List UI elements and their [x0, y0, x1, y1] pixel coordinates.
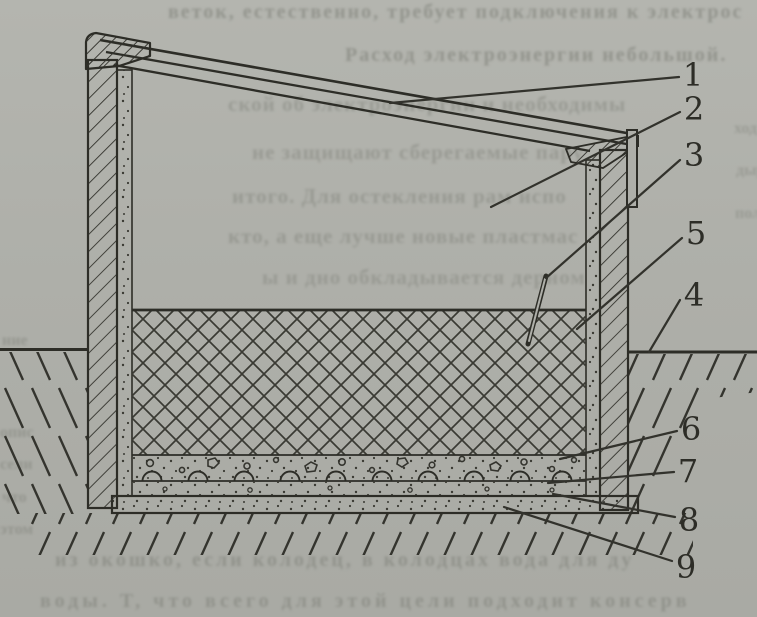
- callout-number-9: 9: [676, 548, 696, 586]
- soil-crosshatch: [132, 310, 586, 455]
- glazed-frame: [100, 40, 638, 151]
- cold-frame-diagram: 123546789: [0, 0, 757, 617]
- callout-number-4: 4: [684, 276, 704, 314]
- scanned-page: веток, естественно, требует подключения …: [0, 0, 757, 617]
- ground-hatch-left: [0, 352, 88, 514]
- callout-number-5: 5: [686, 214, 706, 252]
- callout-number-2: 2: [684, 90, 704, 128]
- callout-number-8: 8: [679, 501, 699, 539]
- callout-number-7: 7: [678, 452, 698, 490]
- sand-layer: [132, 481, 586, 496]
- callout-number-6: 6: [681, 410, 701, 448]
- leader-line-4: [649, 300, 680, 352]
- bottom-slab: [112, 496, 638, 513]
- left-wall: [88, 60, 117, 508]
- cap-board: [86, 33, 150, 69]
- right-wall-lining: [586, 160, 600, 496]
- left-wall-lining: [117, 70, 132, 496]
- callout-number-3: 3: [684, 136, 704, 174]
- ground-hatch-bottom: [25, 513, 693, 555]
- leader-line-1: [390, 77, 679, 103]
- stone-layer: [132, 455, 586, 481]
- wind-board: [627, 130, 637, 207]
- callout-number-1: 1: [683, 56, 703, 94]
- right-wall: [600, 150, 628, 510]
